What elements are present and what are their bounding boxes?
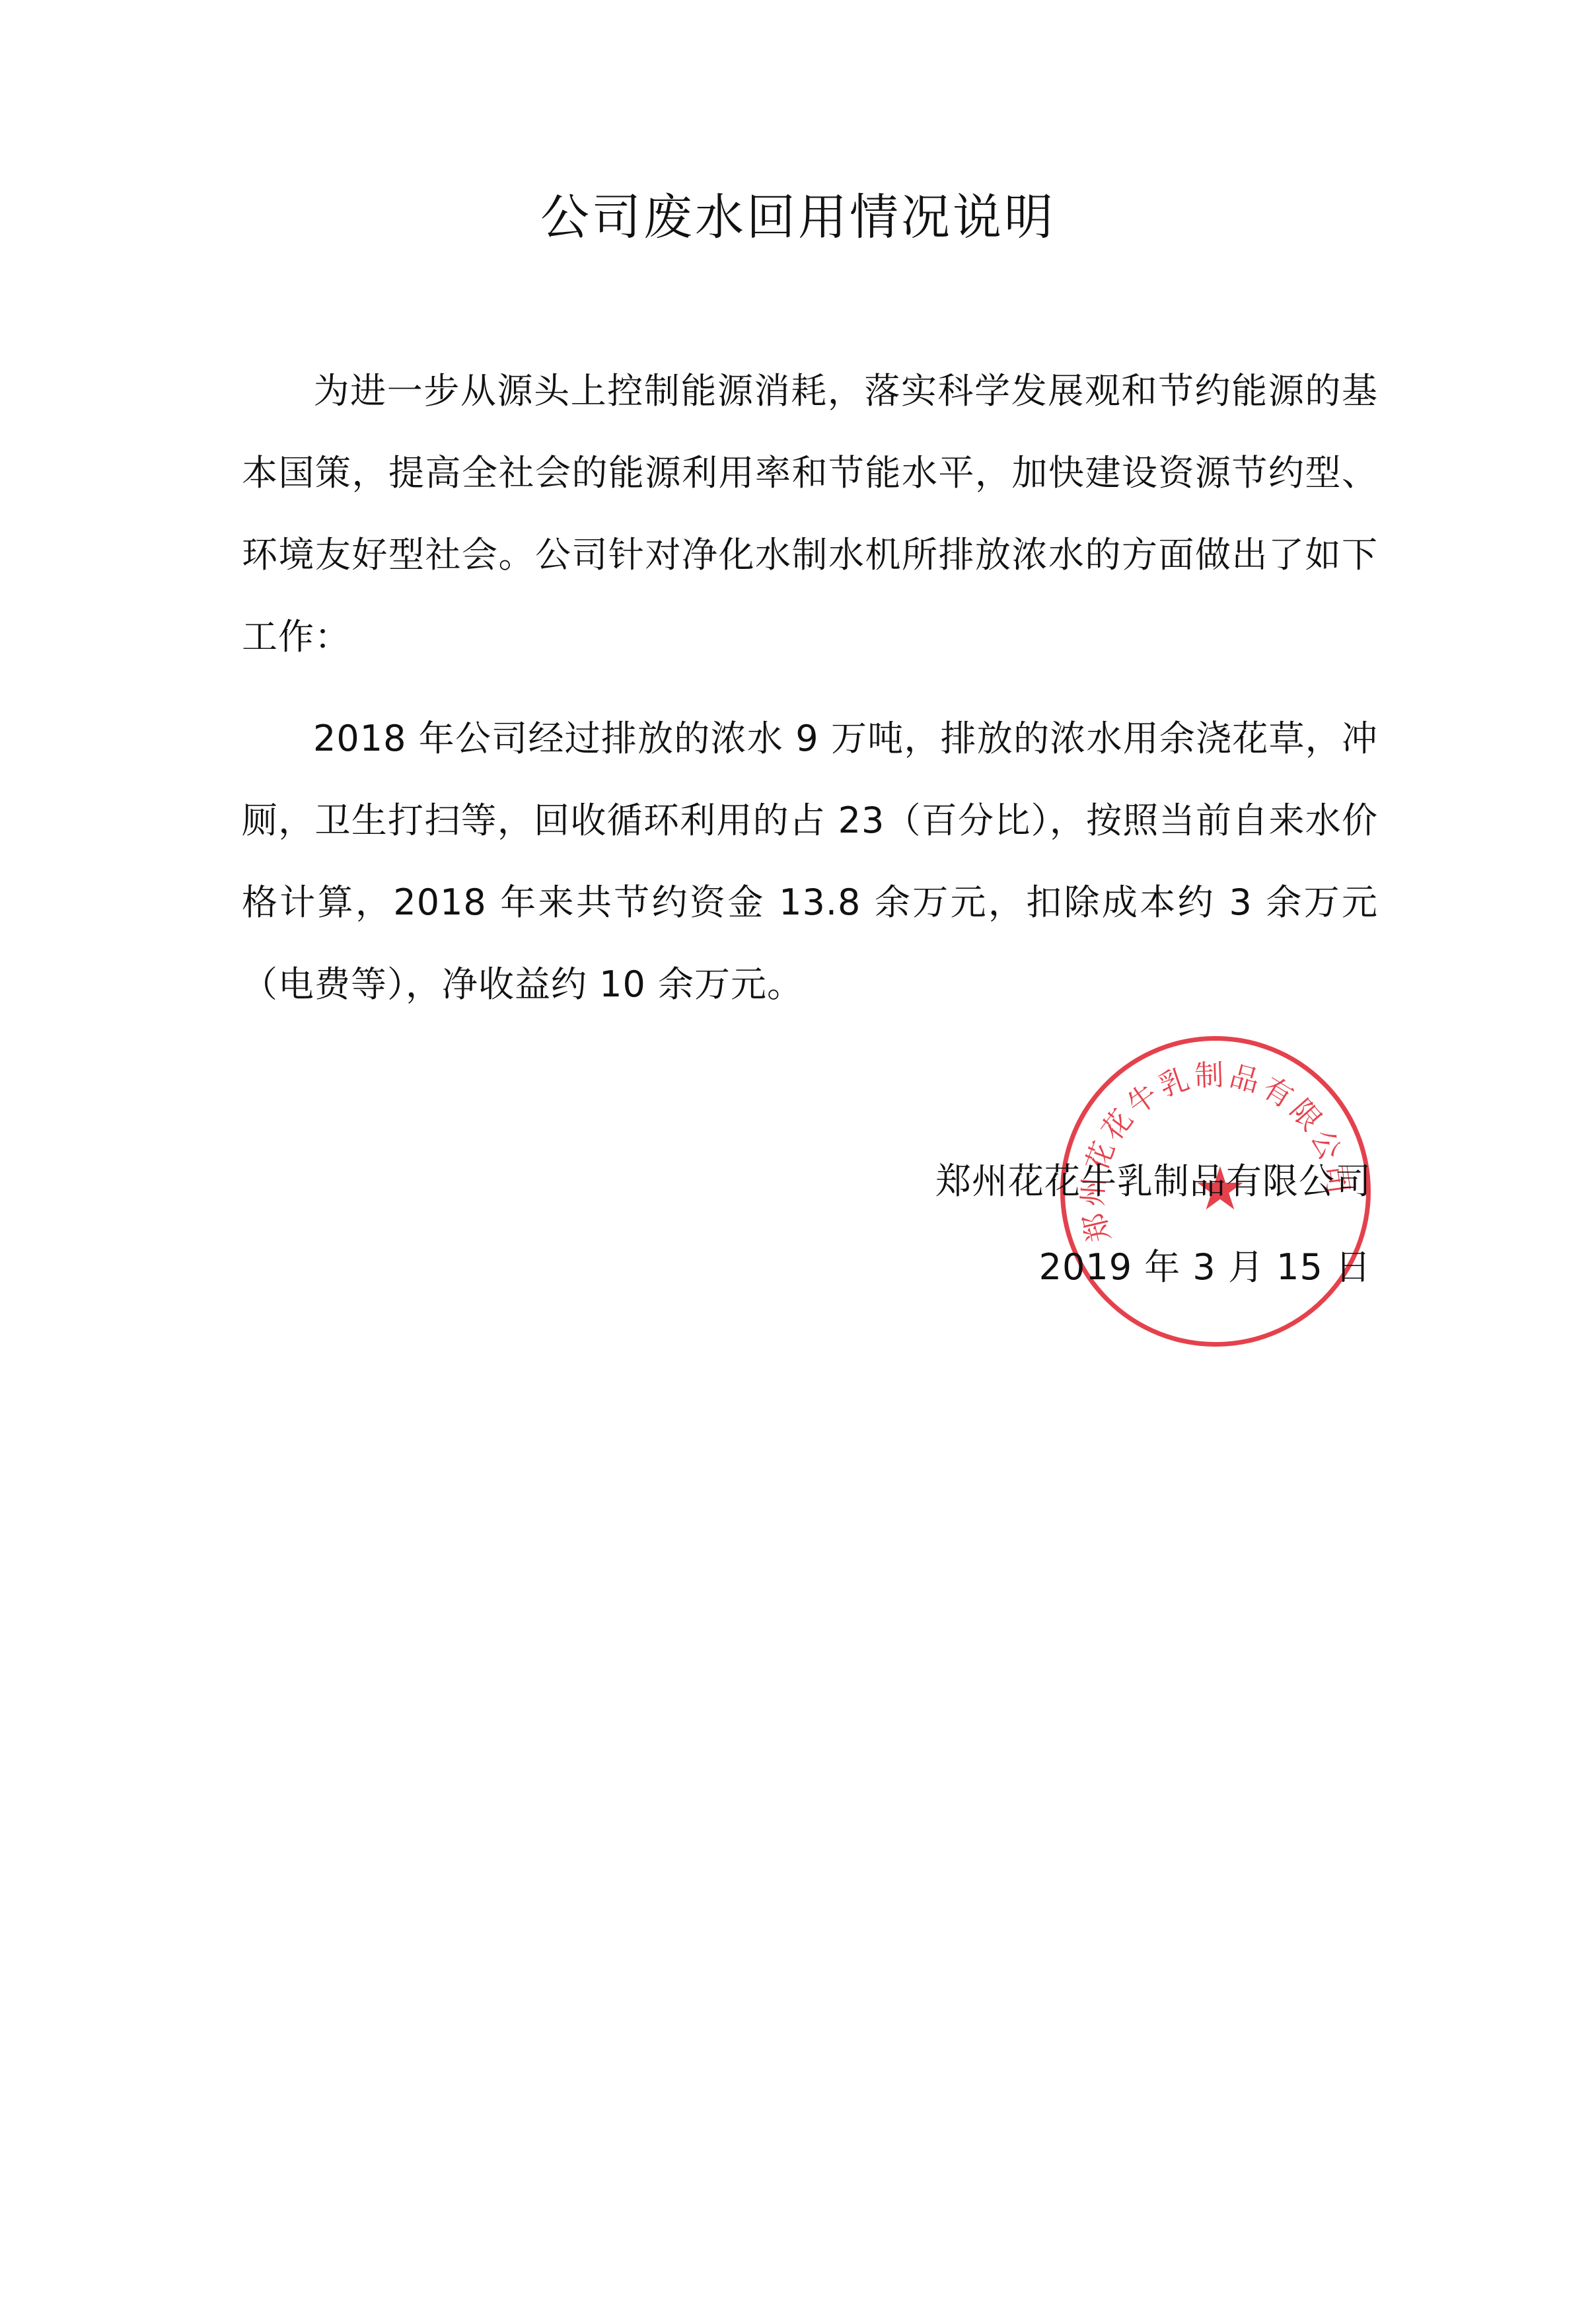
document-title: 公司废水回用情况说明 — [0, 178, 1596, 248]
paragraph-details: 2018 年公司经过排放的浓水 9 万吨，排放的浓水用余浇花草，冲厕，卫生打扫等… — [242, 698, 1378, 1026]
paragraph-intro-text: 为进一步从源头上控制能源消耗，落实科学发展观和节约能源的基本国策，提高全社会的能… — [242, 370, 1378, 657]
signature-company: 郑州花花牛乳制品有限公司 — [935, 1153, 1371, 1204]
paragraph-intro: 为进一步从源头上控制能源消耗，落实科学发展观和节约能源的基本国策，提高全社会的能… — [242, 350, 1378, 678]
paragraph-details-text: 2018 年公司经过排放的浓水 9 万吨，排放的浓水用余浇花草，冲厕，卫生打扫等… — [242, 718, 1378, 1005]
signature-date: 2019 年 3 月 15 日 — [1039, 1239, 1371, 1290]
